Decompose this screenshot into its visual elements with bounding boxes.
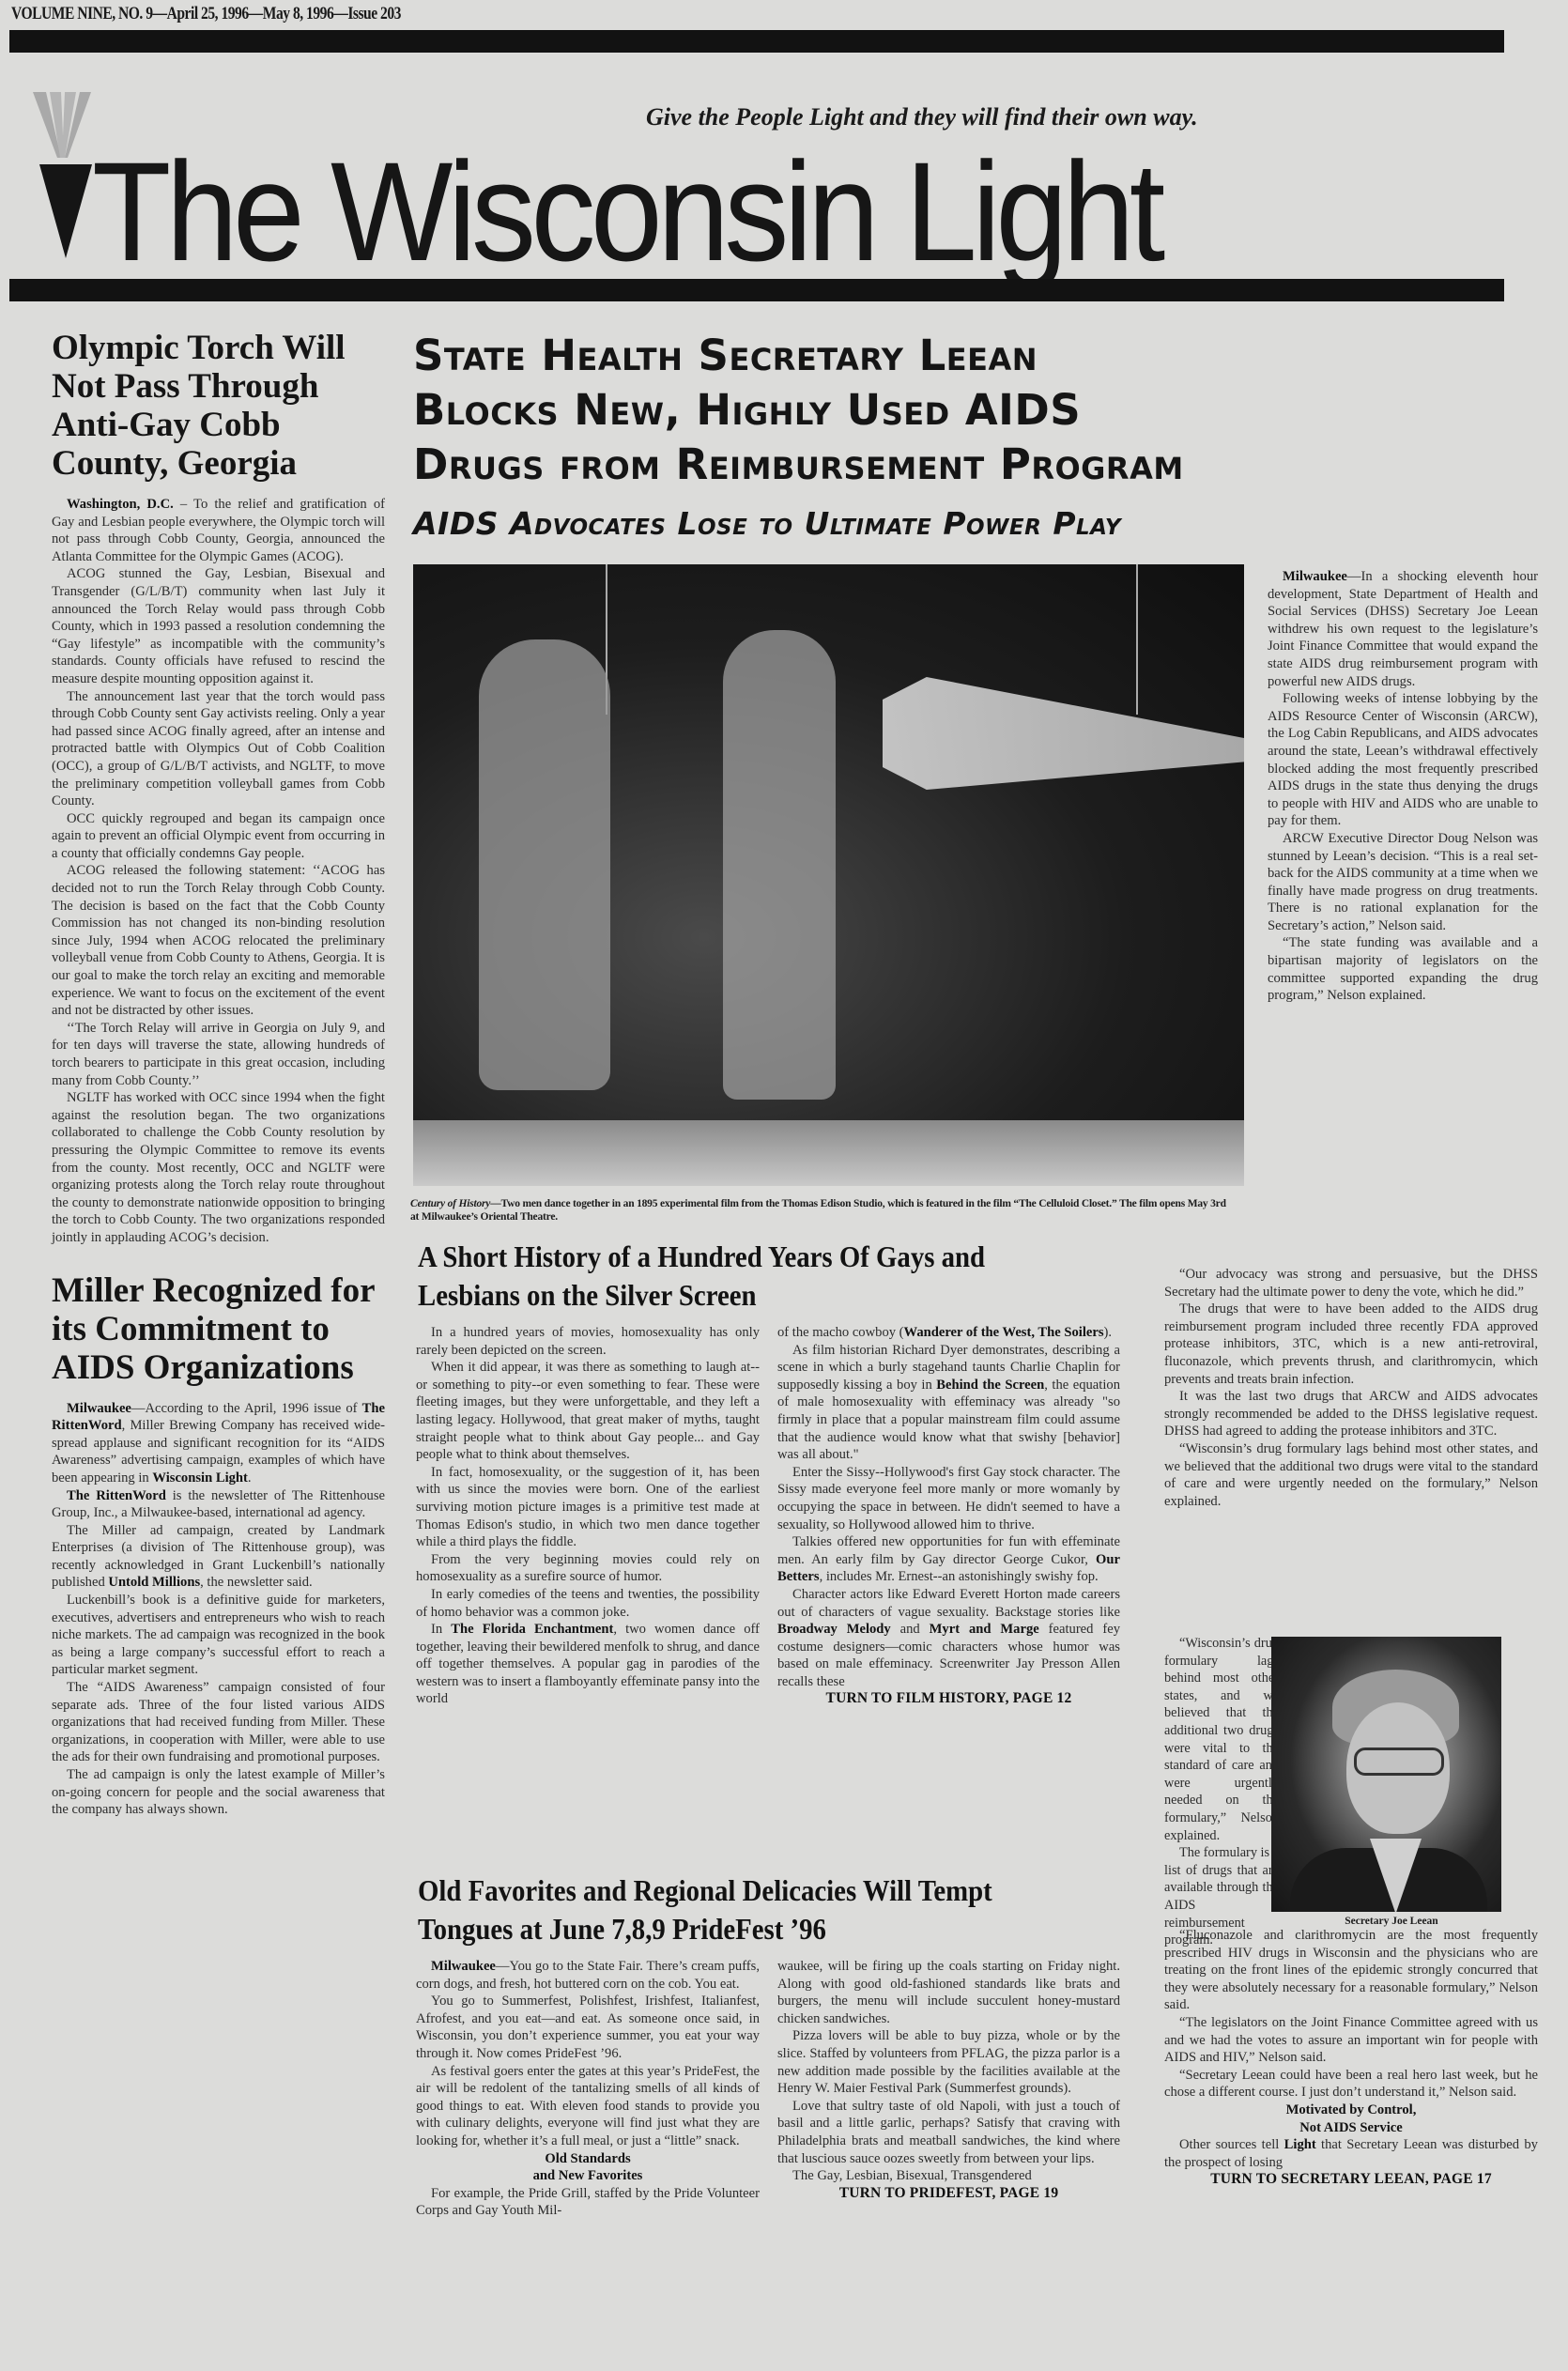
edison-film-photo: [413, 564, 1244, 1186]
jump-link-film-history[interactable]: TURN TO FILM HISTORY, PAGE 12: [777, 1690, 1120, 1708]
lead-body-middle: “Our advocacy was strong and persuasive,…: [1164, 1266, 1538, 1510]
paragraph: OCC quickly regrouped and began its camp…: [52, 810, 385, 863]
paragraph: ACOG stunned the Gay, Lesbian, Bisexual …: [52, 565, 385, 687]
lead-body-beside-photo: “Wisconsin’s drug formulary lags behind …: [1164, 1635, 1279, 1949]
logo-triangle-icon: [39, 164, 92, 258]
miller-headline: Miller Recognized for its Commitment to …: [52, 1271, 385, 1387]
jump-link-leean[interactable]: TURN TO SECRETARY LEEAN, PAGE 17: [1164, 2171, 1538, 2189]
light-rays-icon: [33, 92, 91, 160]
lead-headline: State Health Secretary Leean Blocks New,…: [413, 329, 1540, 492]
lead-subheadline: AIDS Advocates Lose to Ultimate Power Pl…: [413, 505, 1540, 542]
section-subhead: Old Standardsand New Favorites: [416, 2150, 760, 2185]
paragraph: ACOG released the following statement: ‘…: [52, 862, 385, 1019]
pridefest-headline: Old Favorites and Regional Delicacies Wi…: [418, 1871, 1085, 1948]
miller-body: Milwaukee—According to the April, 1996 i…: [52, 1400, 385, 1819]
lead-body-bottom: “Fluconazole and clarithromycin are the …: [1164, 1927, 1538, 2189]
motto: Give the People Light and they will find…: [646, 103, 1198, 131]
photo-caption: Century of History—Two men dance togethe…: [410, 1197, 1237, 1224]
paragraph: Luckenbill’s book is a definitive guide …: [52, 1592, 385, 1679]
olympic-body: Washington, D.C. – To the relief and gra…: [52, 496, 385, 1247]
film-history-col2: of the macho cowboy (Wanderer of the Wes…: [777, 1324, 1120, 1708]
pridefest-col1: Milwaukee—You go to the State Fair. Ther…: [416, 1958, 760, 2220]
leean-portrait-photo: [1271, 1637, 1501, 1912]
paragraph: NGLTF has worked with OCC since 1994 whe…: [52, 1089, 385, 1246]
dateline: Washington, D.C.: [67, 497, 174, 512]
olympic-headline: Olympic Torch Will Not Pass Through Anti…: [52, 329, 385, 483]
jump-link-pridefest[interactable]: TURN TO PRIDEFEST, PAGE 19: [777, 2185, 1120, 2203]
section-subhead: Motivated by Control,Not AIDS Service: [1164, 2102, 1538, 2136]
left-column: Olympic Torch Will Not Pass Through Anti…: [52, 329, 385, 1819]
lead-body-top: Milwaukee—In a shocking eleventh hour de…: [1268, 568, 1538, 1005]
paragraph: The announcement last year that the torc…: [52, 688, 385, 810]
issue-info: VOLUME NINE, NO. 9—April 25, 1996—May 8,…: [11, 4, 401, 24]
pridefest-col2: waukee, will be firing up the coals star…: [777, 1958, 1120, 2202]
masthead-rule: [9, 279, 1504, 301]
paragraph: The “AIDS Awareness” campaign consisted …: [52, 1679, 385, 1766]
masthead-title: The Wisconsin Light: [92, 141, 1161, 282]
leean-photo-caption: Secretary Joe Leean: [1298, 1916, 1485, 1927]
paragraph: ‘‘The Torch Relay will arrive in Georgia…: [52, 1020, 385, 1089]
top-rule: [9, 30, 1504, 53]
paragraph: The ad campaign is only the latest examp…: [52, 1766, 385, 1819]
film-history-col1: In a hundred years of movies, homosexual…: [416, 1324, 760, 1708]
film-history-headline: A Short History of a Hundred Years Of Ga…: [418, 1238, 1085, 1315]
